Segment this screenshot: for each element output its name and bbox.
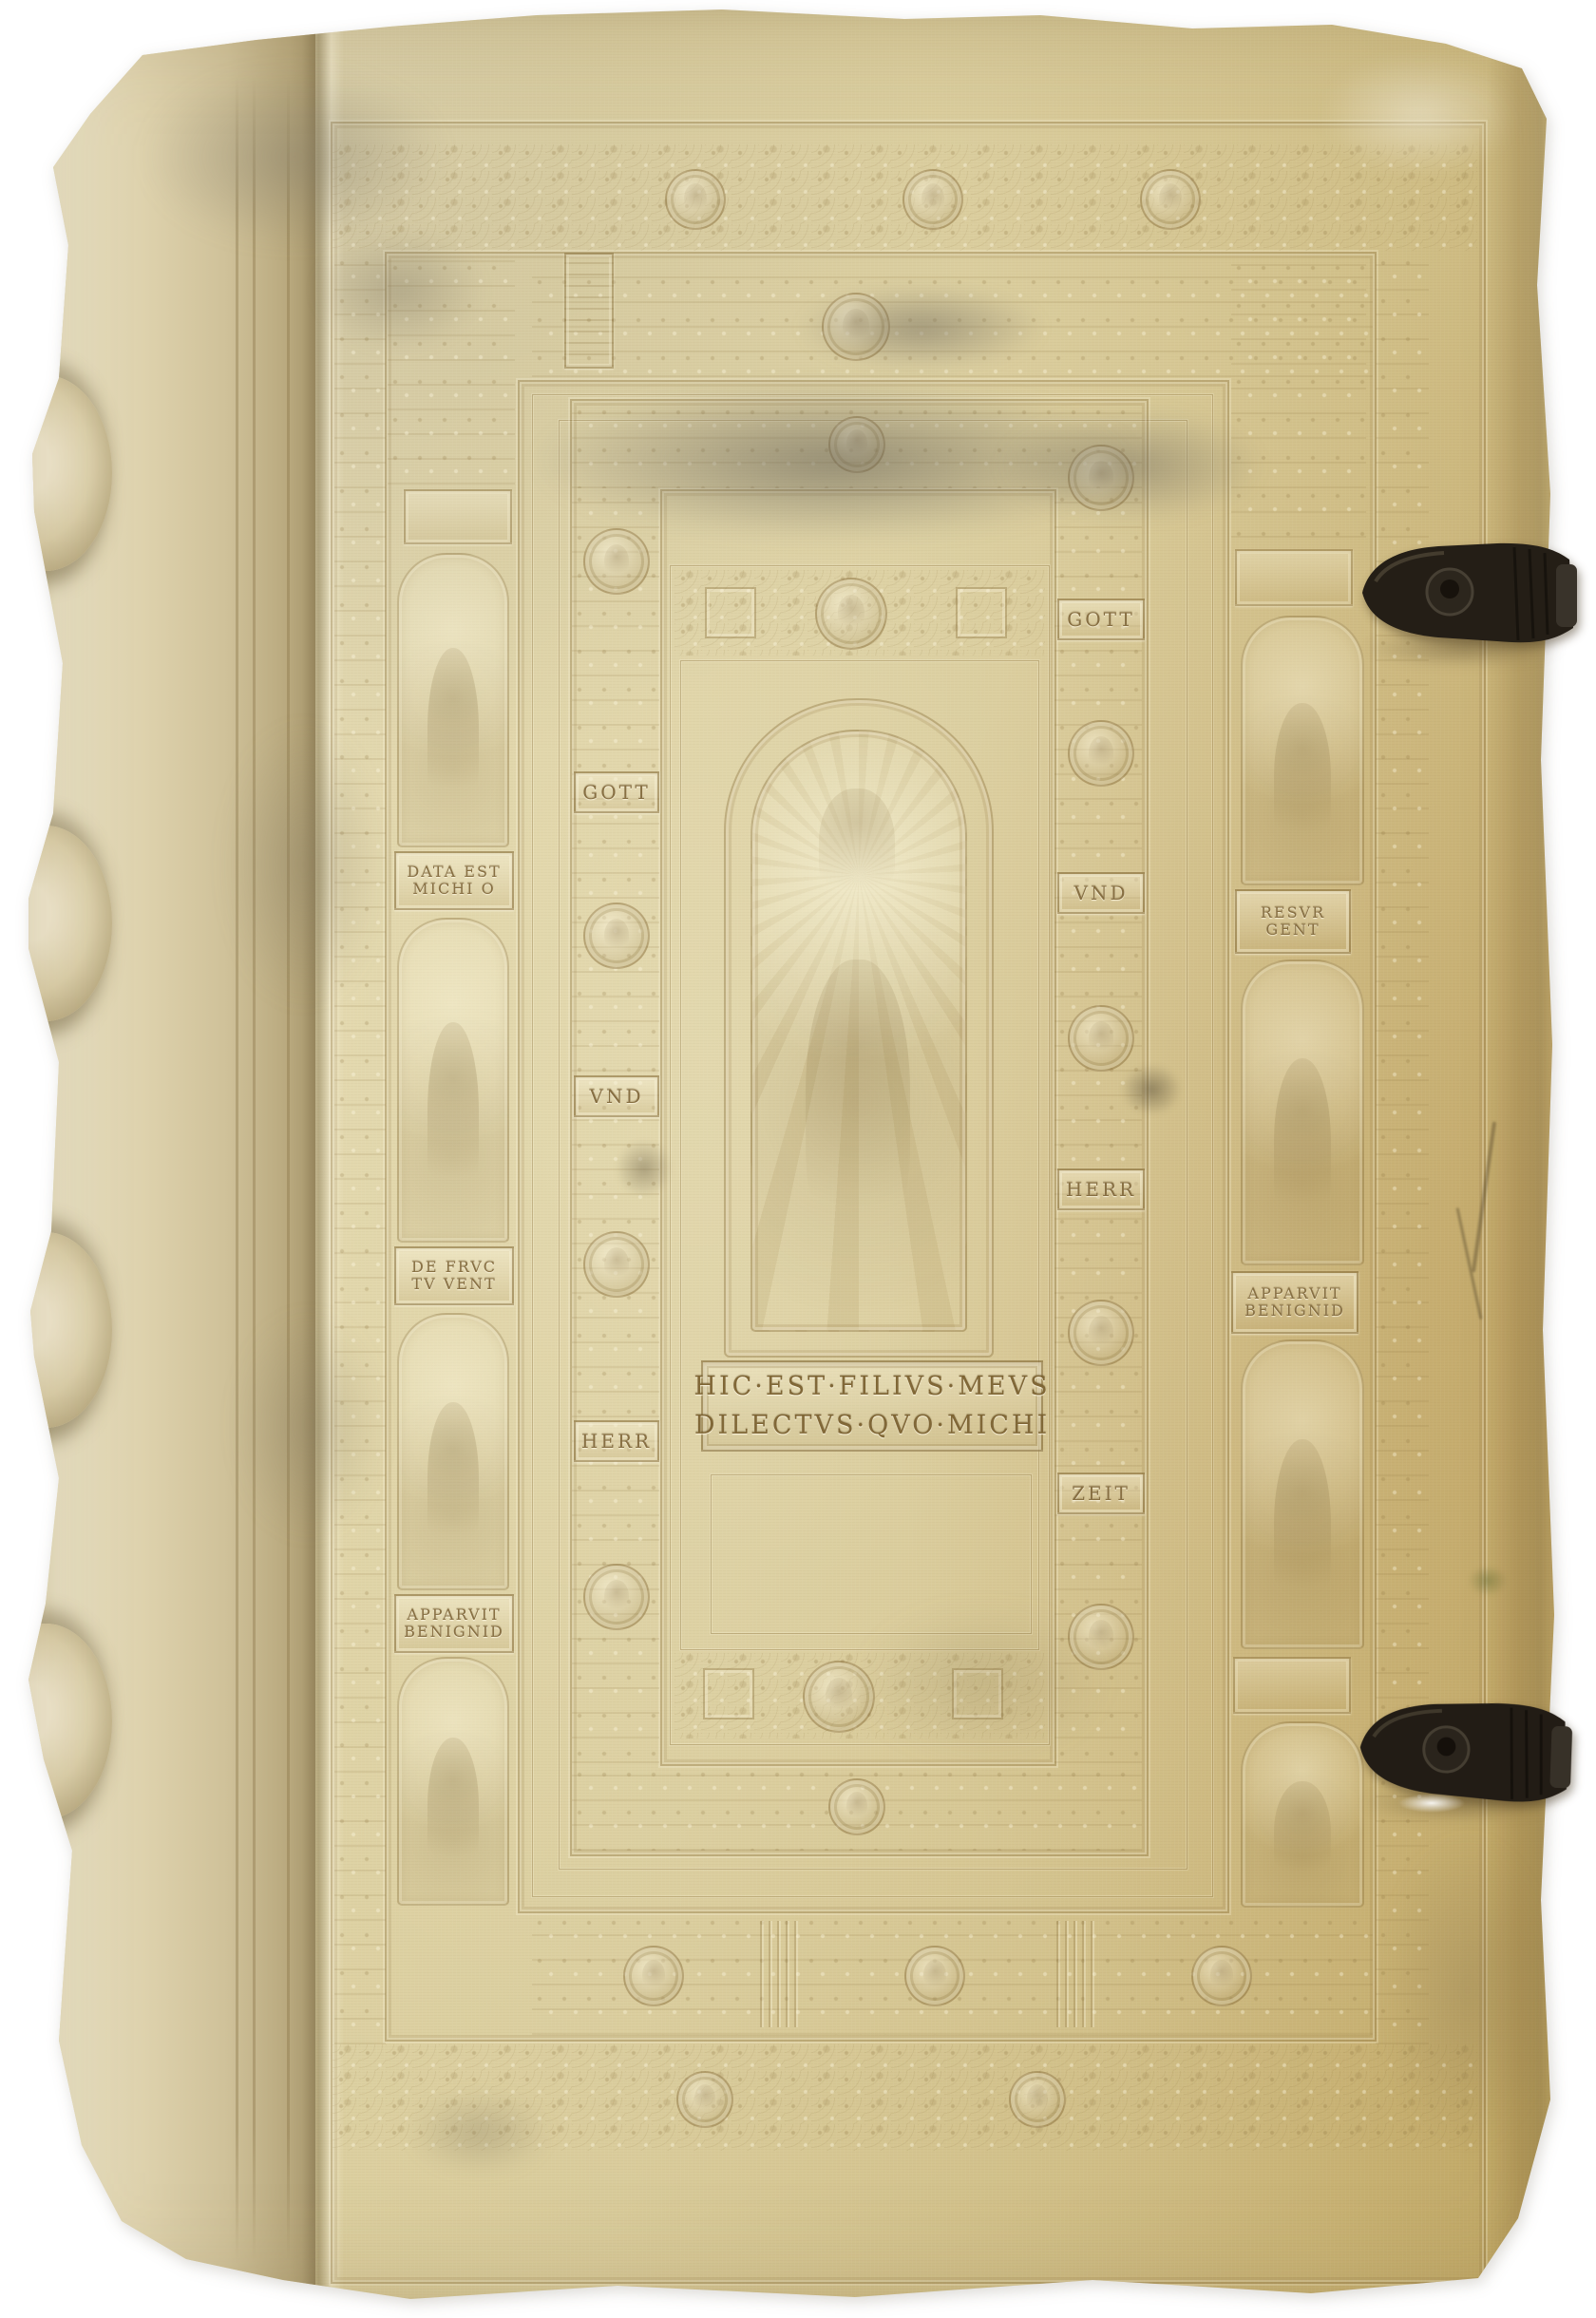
- photograph-of-bookbinding: DATA EST MICHI O DE FRVC TV VENT APPARVI…: [0, 0, 1596, 2318]
- book-cover: DATA EST MICHI O DE FRVC TV VENT APPARVI…: [0, 0, 1596, 2318]
- clasp-metal-glint: [1398, 1794, 1465, 1813]
- fore-edge-clasp-top: [1357, 534, 1577, 655]
- clasp-icon: [1351, 1689, 1575, 1816]
- edge-vignette: [0, 0, 1596, 2318]
- clasp-icon: [1357, 534, 1577, 655]
- book-wrapper: DATA EST MICHI O DE FRVC TV VENT APPARVI…: [0, 0, 1596, 2318]
- fore-edge-clasp-bottom: [1351, 1689, 1575, 1816]
